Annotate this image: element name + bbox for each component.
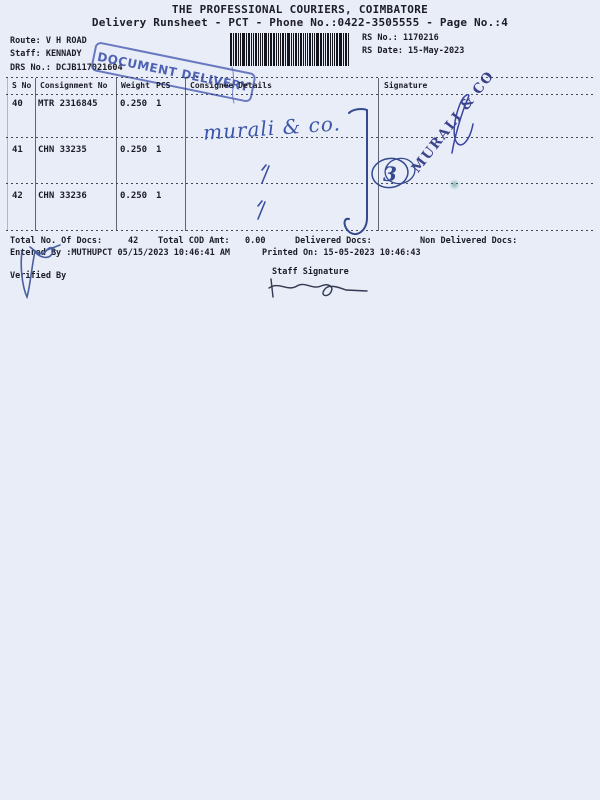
company-title: THE PROFESSIONAL COURIERS, COIMBATORE <box>0 4 600 16</box>
route-field: Route: V H ROAD <box>10 37 87 46</box>
printed-on-line: Printed On: 15-05-2023 10:46:43 <box>262 249 421 258</box>
consignee-handwriting: murali & co. <box>202 111 341 145</box>
row-42-pcs: 1 <box>156 192 161 202</box>
table-vline-consignment <box>116 78 117 231</box>
row-42-consignment: CHN 33236 <box>38 192 87 202</box>
runsheet-subtitle: Delivery Runsheet - PCT - Phone No.:0422… <box>0 17 600 29</box>
row-41-consignment: CHN 33235 <box>38 146 87 156</box>
col-header-weight: Weight <box>121 82 150 91</box>
row-42-weight: 0.250 <box>120 192 147 202</box>
entered-by-line: Entered By :MUTHUPCT 05/15/2023 10:46:41… <box>10 249 230 258</box>
row-42-sno: 42 <box>12 192 23 202</box>
table-hline-top <box>6 77 596 78</box>
row-40-weight: 0.250 <box>120 100 147 110</box>
table-vline-signature <box>378 78 379 231</box>
tick-mark-row-41 <box>262 165 269 183</box>
row-40-consignment: MTR 2316845 <box>38 100 98 110</box>
row-40-sno: 40 <box>12 100 23 110</box>
total-docs-value: 42 <box>128 237 138 246</box>
delivery-runsheet-scan: THE PROFESSIONAL COURIERS, COIMBATORE De… <box>0 0 600 800</box>
table-hline-bottom <box>6 230 596 231</box>
row-41-weight: 0.250 <box>120 146 147 156</box>
verified-by-label: Verified By <box>10 272 66 281</box>
col-header-signature: Signature <box>384 82 427 91</box>
table-vline-sno <box>35 78 36 231</box>
total-docs-label: Total No. Of Docs: <box>10 237 102 246</box>
table-vline-left <box>7 78 8 231</box>
total-cod-value: 0.00 <box>245 237 265 246</box>
ink-speck <box>449 179 460 190</box>
col-header-consignee: Consignee Details <box>190 82 272 91</box>
staff-signature-label: Staff Signature <box>272 268 349 277</box>
staff-field: Staff: KENNADY <box>10 50 82 59</box>
table-hline-header <box>6 94 596 95</box>
non-delivered-docs-label: Non Delivered Docs: <box>420 237 517 246</box>
tick-mark-row-42 <box>258 201 265 219</box>
row-40-pcs: 1 <box>156 100 161 110</box>
col-header-consignment: Consignment No <box>40 82 107 91</box>
col-header-pcs: PCS <box>156 82 170 91</box>
rs-date-field: RS Date: 15-May-2023 <box>362 47 464 56</box>
total-cod-label: Total COD Amt: <box>158 237 230 246</box>
signature-bracket-stroke <box>345 109 367 234</box>
table-hline-row2 <box>6 183 596 184</box>
table-vline-pcs <box>185 78 186 231</box>
rs-no-field: RS No.: 1170216 <box>362 34 439 43</box>
row-41-pcs: 1 <box>156 146 161 156</box>
barcode-icon <box>230 33 354 66</box>
col-header-sno: S No <box>12 82 31 91</box>
delivered-docs-label: Delivered Docs: <box>295 237 372 246</box>
staff-signature-scrawl <box>269 279 367 297</box>
row-41-sno: 41 <box>12 146 23 156</box>
